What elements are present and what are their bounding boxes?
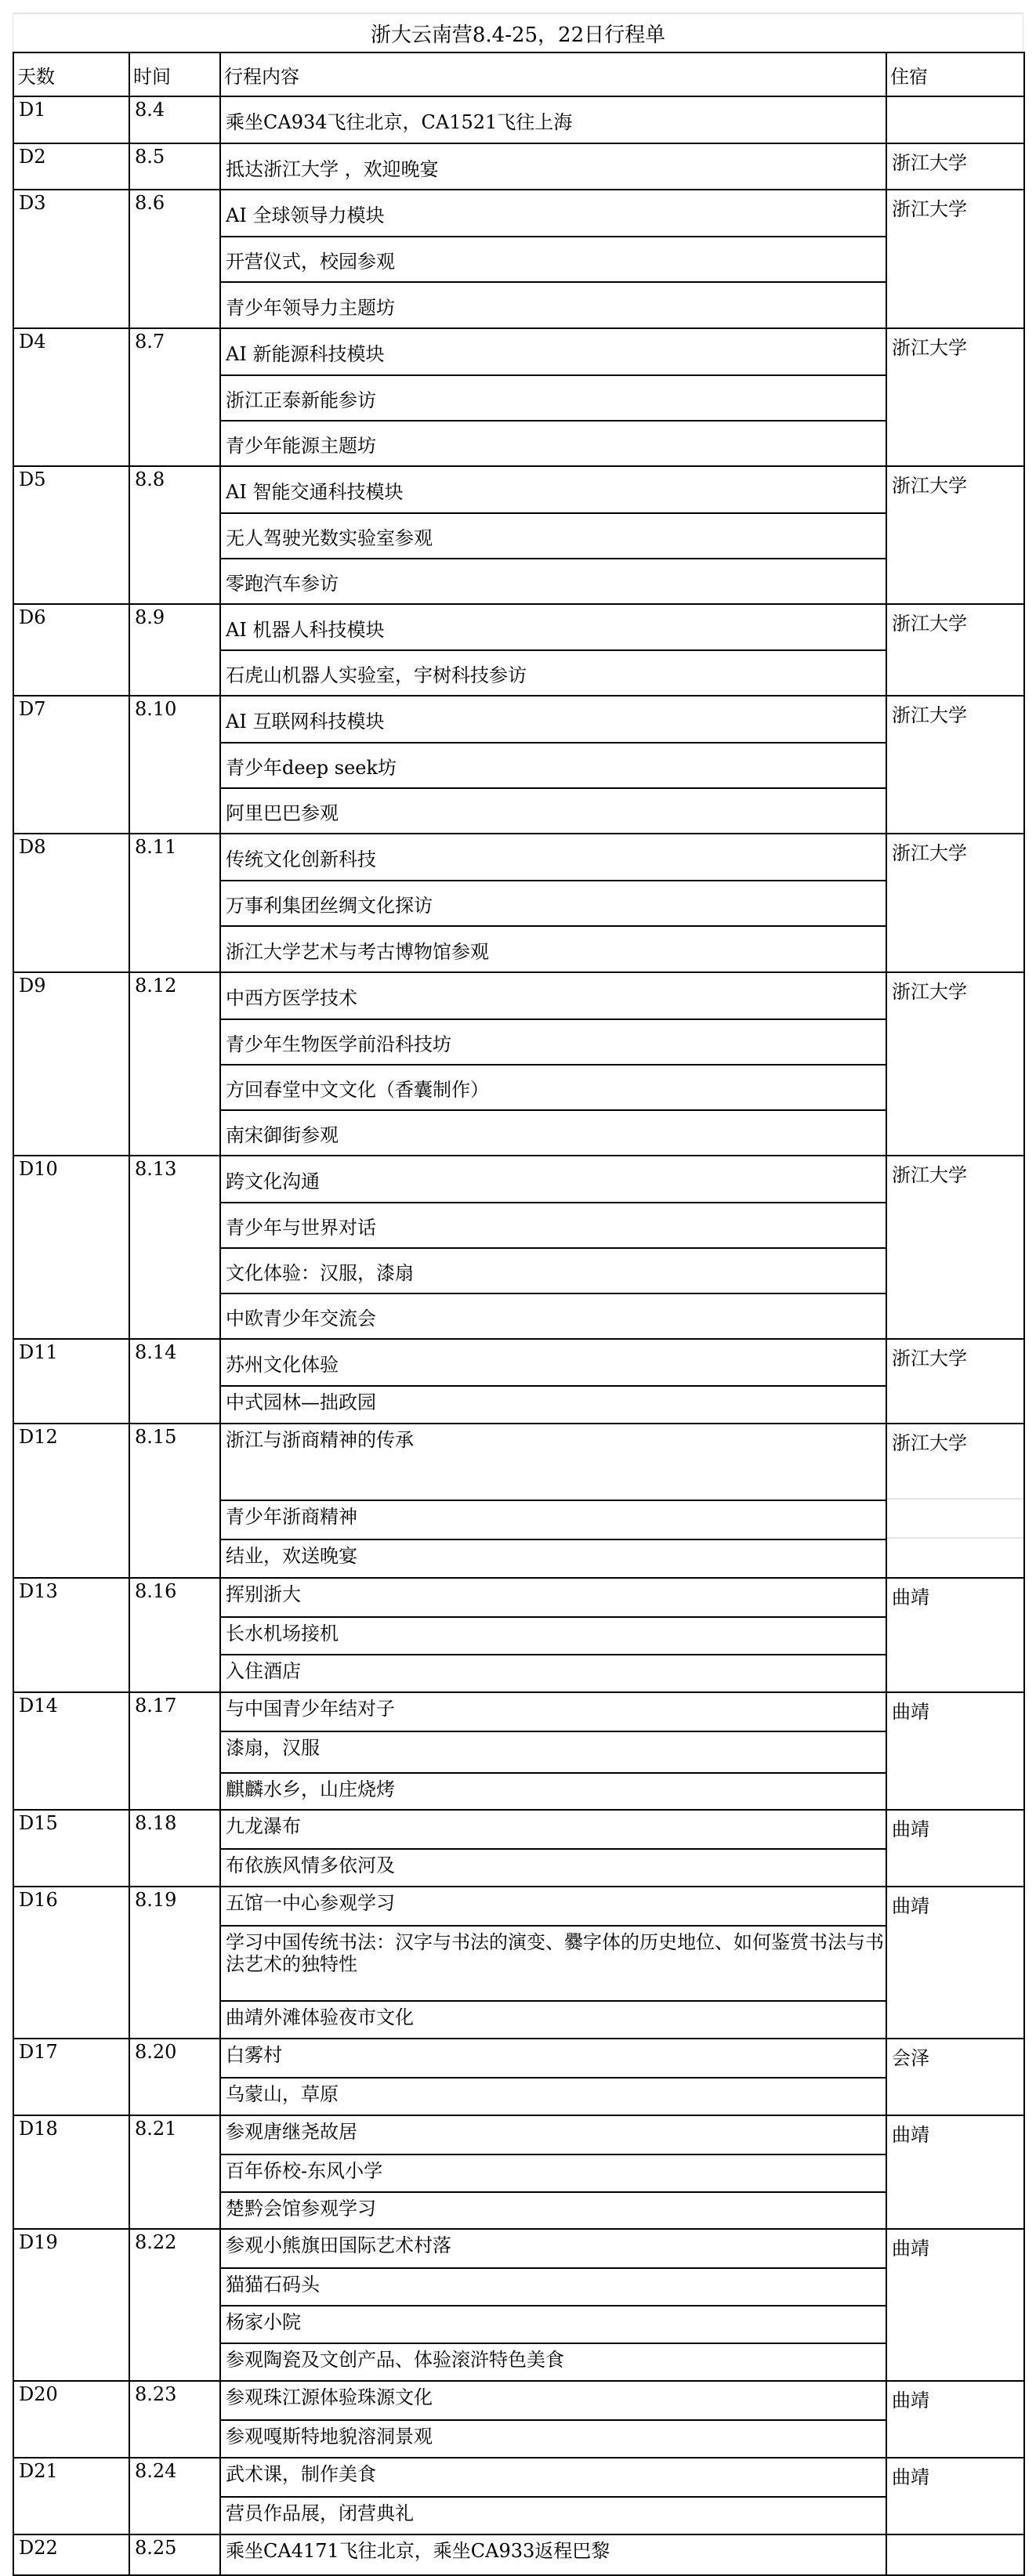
lodging-cell	[886, 2534, 1024, 2575]
day-row: D68.9AI 机器人科技模块石虎山机器人实验室，宇树科技参访浙江大学	[13, 604, 1024, 696]
day-cell: D16	[13, 1887, 129, 2039]
lodging-cell: 曲靖	[886, 2115, 1024, 2229]
day-cell: D10	[13, 1156, 129, 1339]
activity-item: 青少年与世界对话	[221, 1202, 886, 1247]
activity-text: 青少年领导力主题坊	[226, 297, 395, 319]
day-row: D98.12中西方医学技术青少年生物医学前沿科技坊方回春堂中文文化（香囊制作）南…	[13, 972, 1024, 1156]
activity-text: 结业，欢送晚宴	[226, 1545, 357, 1567]
activity-text: 青少年能源主题坊	[226, 435, 376, 457]
day-cell: D3	[13, 190, 129, 328]
lodging-text: 浙江大学	[892, 704, 967, 726]
day-row: D118.14苏州文化体验中式园林—拙政园浙江大学	[13, 1339, 1024, 1424]
activity-item: 方回春堂中文文化（香囊制作）	[221, 1064, 886, 1109]
content-cell: AI 互联网科技模块青少年deep seek坊阿里巴巴参观	[220, 696, 886, 834]
lodging-cell: 浙江大学	[886, 696, 1024, 834]
content-cell: 参观唐继尧故居百年侨校-东风小学楚黔会馆参观学习	[220, 2115, 886, 2229]
day-cell: D18	[13, 2115, 129, 2229]
lodging-text: 曲靖	[892, 2390, 929, 2411]
activity-item: 浙江与浙商精神的传承	[221, 1424, 886, 1500]
day-row: D18.4乘坐CA934飞往北京，CA1521飞往上海	[13, 96, 1024, 143]
lodging-cell: 曲靖	[886, 2381, 1024, 2458]
lodging-text: 浙江大学	[892, 1164, 967, 1186]
activity-text: 白雾村	[226, 2044, 282, 2066]
activity-item: 长水机场接机	[221, 1616, 886, 1654]
day-row: D48.7AI 新能源科技模块浙江正泰新能参访青少年能源主题坊浙江大学	[13, 328, 1024, 466]
activity-text: 参观唐继尧故居	[226, 2121, 357, 2143]
lodging-text: 浙江大学	[892, 981, 967, 1003]
content-cell: 与中国青少年结对子漆扇，汉服麒麟水乡，山庄烧烤	[220, 1692, 886, 1810]
date-cell: 8.25	[129, 2534, 220, 2575]
itinerary-table: 天数 时间 行程内容 住宿 D18.4乘坐CA934飞往北京，CA1521飞往上…	[13, 52, 1025, 2576]
date-cell: 8.12	[129, 972, 220, 1156]
content-cell: 苏州文化体验中式园林—拙政园	[220, 1339, 886, 1424]
activity-text: 猫猫石码头	[226, 2274, 320, 2296]
activity-text: 参观珠江源体验珠源文化	[226, 2386, 433, 2408]
date-cell: 8.10	[129, 696, 220, 834]
activity-text: 乌蒙山，草原	[226, 2083, 339, 2105]
day-cell: D11	[13, 1339, 129, 1424]
lodging-text: 浙江大学	[892, 613, 967, 635]
activity-item: 结业，欢送晚宴	[221, 1539, 886, 1577]
activity-text: 与中国青少年结对子	[226, 1698, 395, 1720]
activity-text: 跨文化沟通	[226, 1170, 320, 1192]
activity-text: 九龙瀑布	[226, 1815, 301, 1837]
day-cell: D5	[13, 466, 129, 604]
content-cell: AI 机器人科技模块石虎山机器人实验室，宇树科技参访	[220, 604, 886, 696]
date-cell: 8.4	[129, 96, 220, 143]
activity-item: 青少年deep seek坊	[221, 742, 886, 787]
day-row: D28.5抵达浙江大学 ，欢迎晚宴浙江大学	[13, 143, 1024, 190]
day-row: D218.24武术课，制作美食营员作品展，闭营典礼曲靖	[13, 2458, 1024, 2534]
activity-item: 青少年能源主题坊	[221, 420, 886, 465]
activity-text: 零跑汽车参访	[226, 573, 339, 595]
day-cell: D20	[13, 2381, 129, 2458]
activity-text: 曲靖外滩体验夜市文化	[226, 2006, 414, 2028]
lodging-cell: 曲靖	[886, 1810, 1024, 1887]
day-row: D88.11传统文化创新科技万事利集团丝绸文化探访浙江大学艺术与考古博物馆参观浙…	[13, 834, 1024, 972]
activity-item: 九龙瀑布	[221, 1811, 886, 1848]
content-cell: 武术课，制作美食营员作品展，闭营典礼	[220, 2458, 886, 2534]
day-row: D78.10AI 互联网科技模块青少年deep seek坊阿里巴巴参观浙江大学	[13, 696, 1024, 834]
day-cell: D15	[13, 1810, 129, 1887]
day-cell: D6	[13, 604, 129, 696]
activity-text: 中欧青少年交流会	[226, 1308, 376, 1330]
activity-item: 入住酒店	[221, 1654, 886, 1691]
activity-item: 青少年领导力主题坊	[221, 281, 886, 327]
activity-text: 浙江大学艺术与考古博物馆参观	[226, 941, 489, 963]
lodging-text: 曲靖	[892, 1586, 929, 1608]
lodging-text: 浙江大学	[892, 475, 967, 497]
lodging-cell: 曲靖	[886, 2458, 1024, 2534]
lodging-cell: 浙江大学	[886, 834, 1024, 972]
activity-item: 中西方医学技术	[221, 973, 886, 1018]
activity-text: 青少年生物医学前沿科技坊	[226, 1033, 451, 1055]
activity-item: 武术课，制作美食	[221, 2458, 886, 2496]
activity-text: 长水机场接机	[226, 1623, 339, 1644]
activity-text: 百年侨校-东风小学	[226, 2160, 382, 2182]
activity-item: 中欧青少年交流会	[221, 1293, 886, 1338]
activity-text: 乘坐CA4171飞往北京，乘坐CA933返程巴黎	[226, 2540, 610, 2562]
content-cell: AI 新能源科技模块浙江正泰新能参访青少年能源主题坊	[220, 328, 886, 466]
activity-item: 抵达浙江大学 ，欢迎晚宴	[221, 144, 886, 189]
activity-text: 传统文化创新科技	[226, 848, 376, 870]
lodging-text: 曲靖	[892, 2238, 929, 2259]
content-cell: 挥别浙大长水机场接机入住酒店	[220, 1578, 886, 1692]
day-row: D228.25乘坐CA4171飞往北京，乘坐CA933返程巴黎	[13, 2534, 1024, 2575]
activity-text: 参观嘎斯特地貌溶洞景观	[226, 2426, 433, 2448]
date-cell: 8.9	[129, 604, 220, 696]
header-date: 时间	[129, 52, 220, 96]
content-cell: 中西方医学技术青少年生物医学前沿科技坊方回春堂中文文化（香囊制作）南宋御街参观	[220, 972, 886, 1156]
activity-item: 开营仪式，校园参观	[221, 236, 886, 281]
activity-item: 参观嘎斯特地貌溶洞景观	[221, 2419, 886, 2457]
day-cell: D2	[13, 143, 129, 190]
content-cell: 乘坐CA4171飞往北京，乘坐CA933返程巴黎	[220, 2534, 886, 2575]
activity-text: 挥别浙大	[226, 1583, 301, 1605]
header-row: 天数 时间 行程内容 住宿	[13, 52, 1024, 96]
date-cell: 8.13	[129, 1156, 220, 1339]
activity-text: 青少年浙商精神	[226, 1506, 357, 1528]
activity-item: 乘坐CA934飞往北京，CA1521飞往上海	[221, 97, 886, 143]
day-row: D138.16挥别浙大长水机场接机入住酒店曲靖	[13, 1578, 1024, 1692]
activity-item: 参观陶瓷及文创产品、体验滚浒特色美食	[221, 2343, 886, 2380]
activity-item: 五馆一中心参观学习	[221, 1887, 886, 1925]
activity-item: 万事利集团丝绸文化探访	[221, 880, 886, 925]
content-cell: 传统文化创新科技万事利集团丝绸文化探访浙江大学艺术与考古博物馆参观	[220, 834, 886, 972]
activity-item: AI 新能源科技模块	[221, 329, 886, 374]
lodging-cell: 浙江大学	[886, 1424, 1024, 1578]
date-cell: 8.8	[129, 466, 220, 604]
day-cell: D13	[13, 1578, 129, 1692]
lodging-text: 浙江大学	[892, 337, 967, 359]
date-cell: 8.16	[129, 1578, 220, 1692]
activity-item: 中式园林—拙政园	[221, 1385, 886, 1423]
lodging-text: 浙江大学	[892, 198, 967, 220]
activity-text: 南宋御街参观	[226, 1124, 339, 1146]
day-cell: D22	[13, 2534, 129, 2575]
lodging-text: 浙江大学	[892, 1348, 967, 1369]
content-cell: AI 智能交通科技模块无人驾驶光数实验室参观零跑汽车参访	[220, 466, 886, 604]
lodging-cell: 浙江大学	[886, 972, 1024, 1156]
activity-text: 参观陶瓷及文创产品、体验滚浒特色美食	[226, 2349, 564, 2371]
activity-text: 漆扇，汉服	[226, 1737, 320, 1759]
activity-item: 参观小熊旗田国际艺术村落	[221, 2230, 886, 2267]
activity-text: AI 机器人科技模块	[226, 619, 384, 641]
day-row: D128.15浙江与浙商精神的传承青少年浙商精神结业，欢送晚宴浙江大学	[13, 1424, 1024, 1578]
lodging-cell: 浙江大学	[886, 604, 1024, 696]
activity-item: 零跑汽车参访	[221, 558, 886, 603]
activity-item: 南宋御街参观	[221, 1109, 886, 1155]
lodging-cell	[886, 96, 1024, 143]
activity-text: 麒麟水乡，山庄烧烤	[226, 1778, 395, 1800]
content-cell: 浙江与浙商精神的传承青少年浙商精神结业，欢送晚宴	[220, 1424, 886, 1578]
date-cell: 8.22	[129, 2229, 220, 2381]
activity-item: 布依族风情多依河及	[221, 1848, 886, 1886]
lodging-cell: 浙江大学	[886, 466, 1024, 604]
activity-item: 白雾村	[221, 2039, 886, 2077]
lodging-text: 曲靖	[892, 1818, 929, 1840]
activity-text: 五馆一中心参观学习	[226, 1892, 395, 1914]
date-cell: 8.17	[129, 1692, 220, 1810]
day-row: D148.17与中国青少年结对子漆扇，汉服麒麟水乡，山庄烧烤曲靖	[13, 1692, 1024, 1810]
content-cell: 参观珠江源体验珠源文化参观嘎斯特地貌溶洞景观	[220, 2381, 886, 2458]
activity-item: 参观珠江源体验珠源文化	[221, 2382, 886, 2419]
day-cell: D19	[13, 2229, 129, 2381]
activity-item: 传统文化创新科技	[221, 834, 886, 880]
content-cell: 跨文化沟通青少年与世界对话文化体验：汉服，漆扇中欧青少年交流会	[220, 1156, 886, 1339]
header-day: 天数	[13, 52, 129, 96]
activity-text: 入住酒店	[226, 1660, 301, 1682]
date-cell: 8.20	[129, 2039, 220, 2115]
activity-item: 挥别浙大	[221, 1579, 886, 1616]
lodging-cell: 曲靖	[886, 1692, 1024, 1810]
activity-item: 曲靖外滩体验夜市文化	[221, 2000, 886, 2038]
activity-text: 石虎山机器人实验室，宇树科技参访	[226, 664, 527, 686]
activity-item: 与中国青少年结对子	[221, 1693, 886, 1731]
activity-item: AI 全球领导力模块	[221, 190, 886, 236]
activity-item: 营员作品展，闭营典礼	[221, 2496, 886, 2534]
lodging-text: 浙江大学	[892, 152, 967, 174]
activity-text: 抵达浙江大学 ，欢迎晚宴	[226, 158, 439, 180]
day-cell: D7	[13, 696, 129, 834]
date-cell: 8.11	[129, 834, 220, 972]
day-cell: D9	[13, 972, 129, 1156]
lodging-cell: 浙江大学	[886, 1339, 1024, 1424]
activity-text: 无人驾驶光数实验室参观	[226, 527, 433, 549]
sheet-title: 浙大云南营8.4-25，22日行程单	[13, 13, 1023, 52]
lodging-cell: 会泽	[886, 2039, 1024, 2115]
lodging-cell: 曲靖	[886, 1578, 1024, 1692]
date-cell: 8.6	[129, 190, 220, 328]
lodging-text: 曲靖	[892, 1895, 929, 1917]
activity-text: 武术课，制作美食	[226, 2463, 376, 2485]
lodging-cell: 曲靖	[886, 1887, 1024, 2039]
content-cell: 抵达浙江大学 ，欢迎晚宴	[220, 143, 886, 190]
lodging-cell: 浙江大学	[886, 1156, 1024, 1339]
date-cell: 8.18	[129, 1810, 220, 1887]
activity-item: AI 智能交通科技模块	[221, 467, 886, 512]
activity-item: 浙江大学艺术与考古博物馆参观	[221, 925, 886, 971]
day-cell: D8	[13, 834, 129, 972]
day-cell: D1	[13, 96, 129, 143]
activity-item: 百年侨校-东风小学	[221, 2154, 886, 2191]
activity-text: 营员作品展，闭营典礼	[226, 2502, 414, 2524]
activity-item: 杨家小院	[221, 2305, 886, 2343]
lodging-text: 曲靖	[892, 2466, 929, 2488]
activity-text: 乘坐CA934飞往北京，CA1521飞往上海	[226, 111, 572, 133]
activity-text: 布依族风情多依河及	[226, 1854, 395, 1876]
activity-text: AI 新能源科技模块	[226, 343, 384, 365]
activity-item: 漆扇，汉服	[221, 1731, 886, 1772]
lodging-cell: 浙江大学	[886, 190, 1024, 328]
activity-text: 青少年deep seek坊	[226, 757, 397, 779]
date-cell: 8.15	[129, 1424, 220, 1578]
day-row: D208.23参观珠江源体验珠源文化参观嘎斯特地貌溶洞景观曲靖	[13, 2381, 1024, 2458]
content-cell: 乘坐CA934飞往北京，CA1521飞往上海	[220, 96, 886, 143]
activity-text: 浙江与浙商精神的传承	[226, 1429, 414, 1451]
date-cell: 8.21	[129, 2115, 220, 2229]
day-row: D178.20白雾村乌蒙山，草原会泽	[13, 2039, 1024, 2115]
activity-item: AI 互联网科技模块	[221, 696, 886, 742]
content-cell: 参观小熊旗田国际艺术村落猫猫石码头杨家小院参观陶瓷及文创产品、体验滚浒特色美食	[220, 2229, 886, 2381]
activity-item: AI 机器人科技模块	[221, 605, 886, 649]
day-cell: D17	[13, 2039, 129, 2115]
activity-text: 浙江正泰新能参访	[226, 389, 376, 411]
lodging-text: 浙江大学	[892, 1432, 967, 1454]
activity-item: 乌蒙山，草原	[221, 2077, 886, 2115]
activity-text: 杨家小院	[226, 2311, 301, 2333]
activity-item: 学习中国传统书法：汉字与书法的演变、爨字体的历史地位、如何鉴赏书法与书法艺术的独…	[221, 1925, 886, 2000]
content-cell: AI 全球领导力模块开营仪式，校园参观青少年领导力主题坊	[220, 190, 886, 328]
activity-text: 中西方医学技术	[226, 987, 357, 1009]
content-cell: 白雾村乌蒙山，草原	[220, 2039, 886, 2115]
day-cell: D14	[13, 1692, 129, 1810]
activity-item: 阿里巴巴参观	[221, 787, 886, 833]
date-cell: 8.14	[129, 1339, 220, 1424]
content-cell: 五馆一中心参观学习学习中国传统书法：汉字与书法的演变、爨字体的历史地位、如何鉴赏…	[220, 1887, 886, 2039]
activity-text: 学习中国传统书法：汉字与书法的演变、爨字体的历史地位、如何鉴赏书法与书法艺术的独…	[226, 1931, 884, 1975]
activity-item: 苏州文化体验	[221, 1340, 886, 1385]
day-cell: D4	[13, 328, 129, 466]
day-row: D198.22参观小熊旗田国际艺术村落猫猫石码头杨家小院参观陶瓷及文创产品、体验…	[13, 2229, 1024, 2381]
lodging-text: 曲靖	[892, 2124, 929, 2146]
activity-item: 参观唐继尧故居	[221, 2116, 886, 2154]
lodging-cell: 浙江大学	[886, 143, 1024, 190]
activity-text: AI 智能交通科技模块	[226, 481, 403, 503]
itinerary-sheet: 浙大云南营8.4-25，22日行程单 天数 时间 行程内容 住宿 D18.4乘坐…	[13, 13, 1023, 2576]
header-content: 行程内容	[220, 52, 886, 96]
faint-divider	[887, 1498, 1023, 1500]
activity-text: 参观小熊旗田国际艺术村落	[226, 2234, 451, 2256]
activity-text: 阿里巴巴参观	[226, 802, 339, 824]
activity-item: 文化体验：汉服，漆扇	[221, 1247, 886, 1293]
activity-text: 文化体验：汉服，漆扇	[226, 1262, 414, 1284]
lodging-text: 曲靖	[892, 1701, 929, 1723]
lodging-cell: 浙江大学	[886, 328, 1024, 466]
date-cell: 8.19	[129, 1887, 220, 2039]
activity-item: 乘坐CA4171飞往北京，乘坐CA933返程巴黎	[221, 2535, 886, 2574]
activity-item: 浙江正泰新能参访	[221, 374, 886, 420]
date-cell: 8.24	[129, 2458, 220, 2534]
date-cell: 8.7	[129, 328, 220, 466]
day-row: D158.18九龙瀑布布依族风情多依河及曲靖	[13, 1810, 1024, 1887]
activity-item: 猫猫石码头	[221, 2267, 886, 2305]
day-cell: D12	[13, 1424, 129, 1578]
day-row: D188.21参观唐继尧故居百年侨校-东风小学楚黔会馆参观学习曲靖	[13, 2115, 1024, 2229]
day-row: D108.13跨文化沟通青少年与世界对话文化体验：汉服，漆扇中欧青少年交流会浙江…	[13, 1156, 1024, 1339]
activity-text: 青少年与世界对话	[226, 1217, 376, 1239]
day-row: D168.19五馆一中心参观学习学习中国传统书法：汉字与书法的演变、爨字体的历史…	[13, 1887, 1024, 2039]
date-cell: 8.23	[129, 2381, 220, 2458]
activity-text: 中式园林—拙政园	[226, 1391, 376, 1413]
activity-text: 开营仪式，校园参观	[226, 251, 395, 273]
activity-text: 方回春堂中文文化（香囊制作）	[226, 1079, 489, 1101]
activity-item: 青少年生物医学前沿科技坊	[221, 1018, 886, 1064]
activity-item: 跨文化沟通	[221, 1156, 886, 1202]
lodging-cell: 曲靖	[886, 2229, 1024, 2381]
activity-text: 苏州文化体验	[226, 1354, 339, 1376]
activity-text: AI 互联网科技模块	[226, 711, 384, 733]
content-cell: 九龙瀑布布依族风情多依河及	[220, 1810, 886, 1887]
activity-item: 楚黔会馆参观学习	[221, 2191, 886, 2228]
header-lodging: 住宿	[886, 52, 1024, 96]
day-row: D58.8AI 智能交通科技模块无人驾驶光数实验室参观零跑汽车参访浙江大学	[13, 466, 1024, 604]
activity-text: 万事利集团丝绸文化探访	[226, 895, 433, 917]
activity-text: 楚黔会馆参观学习	[226, 2198, 376, 2220]
day-cell: D21	[13, 2458, 129, 2534]
activity-item: 石虎山机器人实验室，宇树科技参访	[221, 649, 886, 695]
lodging-text: 会泽	[892, 2047, 929, 2069]
day-row: D38.6AI 全球领导力模块开营仪式，校园参观青少年领导力主题坊浙江大学	[13, 190, 1024, 328]
date-cell: 8.5	[129, 143, 220, 190]
lodging-text: 浙江大学	[892, 842, 967, 864]
faint-divider	[887, 1537, 1023, 1539]
activity-item: 青少年浙商精神	[221, 1500, 886, 1539]
activity-item: 麒麟水乡，山庄烧烤	[221, 1772, 886, 1809]
activity-item: 无人驾驶光数实验室参观	[221, 512, 886, 558]
activity-text: AI 全球领导力模块	[226, 204, 384, 226]
